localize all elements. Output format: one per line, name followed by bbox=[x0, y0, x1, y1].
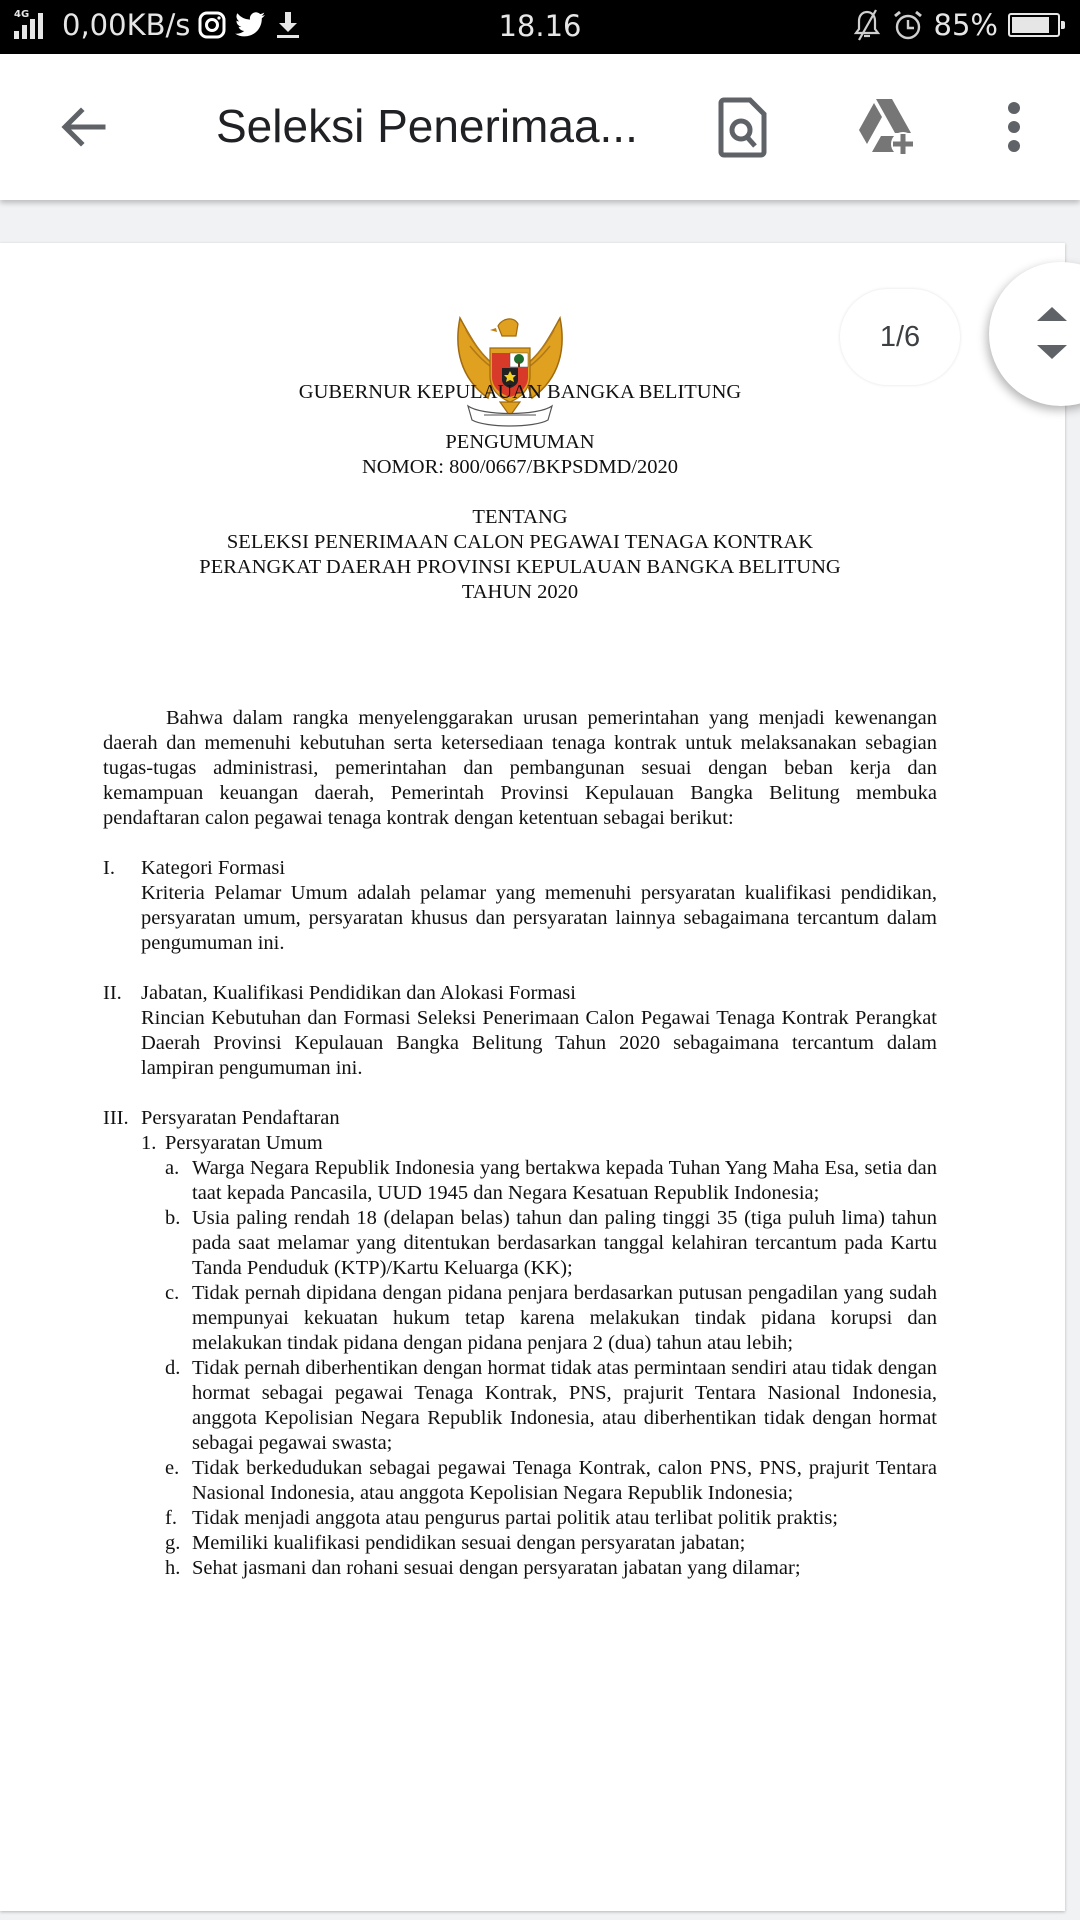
subsection-number: 1. bbox=[141, 1131, 165, 1156]
list-item: c.Tidak pernah dipidana dengan pidana pe… bbox=[165, 1281, 937, 1356]
app-bar: Seleksi Penerimaa... bbox=[0, 54, 1080, 200]
section-1: I. Kategori Formasi Kriteria Pelamar Umu… bbox=[103, 856, 937, 956]
list-item-text: Tidak berkedudukan sebagai pegawai Tenag… bbox=[192, 1456, 937, 1506]
subject-line: PERANGKAT DAERAH PROVINSI KEPULAUAN BANG… bbox=[103, 555, 937, 580]
section-2: II. Jabatan, Kualifikasi Pendidikan dan … bbox=[103, 981, 937, 1081]
list-item: g.Memiliki kualifikasi pendidikan sesuai… bbox=[165, 1531, 937, 1556]
list-item: d.Tidak pernah diberhentikan dengan horm… bbox=[165, 1356, 937, 1456]
more-options-icon[interactable] bbox=[981, 94, 1047, 160]
page-indicator: 1/6 bbox=[840, 289, 960, 385]
section-3: III. Persyaratan Pendaftaran 1. Persyara… bbox=[103, 1106, 937, 1581]
battery-icon bbox=[1008, 13, 1060, 37]
document-type: PENGUMUMAN bbox=[103, 430, 937, 455]
document-about: TENTANG bbox=[103, 505, 937, 530]
document-subject: SELEKSI PENERIMAAN CALON PEGAWAI TENAGA … bbox=[103, 530, 937, 605]
list-item-label: b. bbox=[165, 1206, 192, 1281]
document-title: Seleksi Penerimaa... bbox=[216, 99, 638, 153]
section-number: II. bbox=[103, 981, 141, 1081]
list-item-label: a. bbox=[165, 1156, 192, 1206]
list-item-text: Warga Negara Republik Indonesia yang ber… bbox=[192, 1156, 937, 1206]
list-item: f.Tidak menjadi anggota atau pengurus pa… bbox=[165, 1506, 937, 1531]
subject-line: TAHUN 2020 bbox=[103, 580, 937, 605]
subsection-title: Persyaratan Umum bbox=[165, 1131, 937, 1156]
back-arrow-icon[interactable] bbox=[55, 99, 111, 155]
list-item: h.Sehat jasmani dan rohani sesuai dengan… bbox=[165, 1556, 937, 1581]
list-item-text: Tidak pernah diberhentikan dengan hormat… bbox=[192, 1356, 937, 1456]
section-number: I. bbox=[103, 856, 141, 956]
list-item-text: Usia paling rendah 18 (delapan belas) ta… bbox=[192, 1206, 937, 1281]
garuda-emblem-icon bbox=[440, 298, 580, 438]
section-number: III. bbox=[103, 1106, 141, 1581]
list-item-text: Tidak menjadi anggota atau pengurus part… bbox=[192, 1506, 937, 1531]
notifications-off-icon bbox=[852, 8, 882, 42]
list-item-label: h. bbox=[165, 1556, 192, 1581]
scroll-up-arrow-icon bbox=[1037, 307, 1067, 321]
add-to-drive-icon[interactable] bbox=[852, 94, 918, 160]
document-page: GUBERNUR KEPULAUAN BANGKA BELITUNG PENGU… bbox=[0, 243, 1065, 1911]
list-item-label: d. bbox=[165, 1356, 192, 1456]
list-item-text: Memiliki kualifikasi pendidikan sesuai d… bbox=[192, 1531, 937, 1556]
section-body: Kriteria Pelamar Umum adalah pelamar yan… bbox=[141, 881, 937, 956]
document-issuer: GUBERNUR KEPULAUAN BANGKA BELITUNG bbox=[103, 380, 937, 405]
find-in-document-icon[interactable] bbox=[710, 94, 776, 160]
alarm-icon bbox=[892, 9, 924, 41]
list-item: e.Tidak berkedudukan sebagai pegawai Ten… bbox=[165, 1456, 937, 1506]
list-item-text: Sehat jasmani dan rohani sesuai dengan p… bbox=[192, 1556, 937, 1581]
requirements-list: a.Warga Negara Republik Indonesia yang b… bbox=[141, 1156, 937, 1581]
subject-line: SELEKSI PENERIMAAN CALON PEGAWAI TENAGA … bbox=[103, 530, 937, 555]
section-title: Persyaratan Pendaftaran bbox=[141, 1106, 937, 1131]
list-item-label: f. bbox=[165, 1506, 192, 1531]
status-bar: 4G 0,00KB/s 18.16 bbox=[0, 0, 1080, 54]
list-item: b.Usia paling rendah 18 (delapan belas) … bbox=[165, 1206, 937, 1281]
document-number: NOMOR: 800/0667/BKPSDMD/2020 bbox=[103, 455, 937, 480]
section-body: Rincian Kebutuhan dan Formasi Seleksi Pe… bbox=[141, 1006, 937, 1081]
battery-percent: 85% bbox=[934, 8, 998, 42]
subsection-heading: 1. Persyaratan Umum bbox=[141, 1131, 937, 1156]
section-title: Jabatan, Kualifikasi Pendidikan dan Alok… bbox=[141, 981, 937, 1006]
list-item-label: e. bbox=[165, 1456, 192, 1506]
list-item: a.Warga Negara Republik Indonesia yang b… bbox=[165, 1156, 937, 1206]
intro-paragraph: Bahwa dalam rangka menyelenggarakan urus… bbox=[103, 706, 937, 831]
section-title: Kategori Formasi bbox=[141, 856, 937, 881]
list-item-label: c. bbox=[165, 1281, 192, 1356]
list-item-label: g. bbox=[165, 1531, 192, 1556]
list-item-text: Tidak pernah dipidana dengan pidana penj… bbox=[192, 1281, 937, 1356]
scroll-down-arrow-icon bbox=[1037, 345, 1067, 359]
